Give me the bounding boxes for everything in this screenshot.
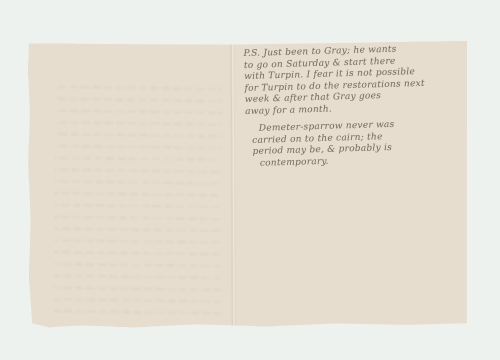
letter-paper: P.S. Just been to Gray; he wants to go o… [27,41,468,328]
postscript-paragraph: P.S. Just been to Gray; he wants to go o… [243,44,425,119]
note-paragraph: Demeter-sparrow never was carried on to … [252,120,396,170]
bleed-through-writing [53,84,222,317]
handwriting-line: contemporary. [260,155,396,170]
fold-crease [229,42,236,327]
scan-background: P.S. Just been to Gray; he wants to go o… [0,0,500,360]
